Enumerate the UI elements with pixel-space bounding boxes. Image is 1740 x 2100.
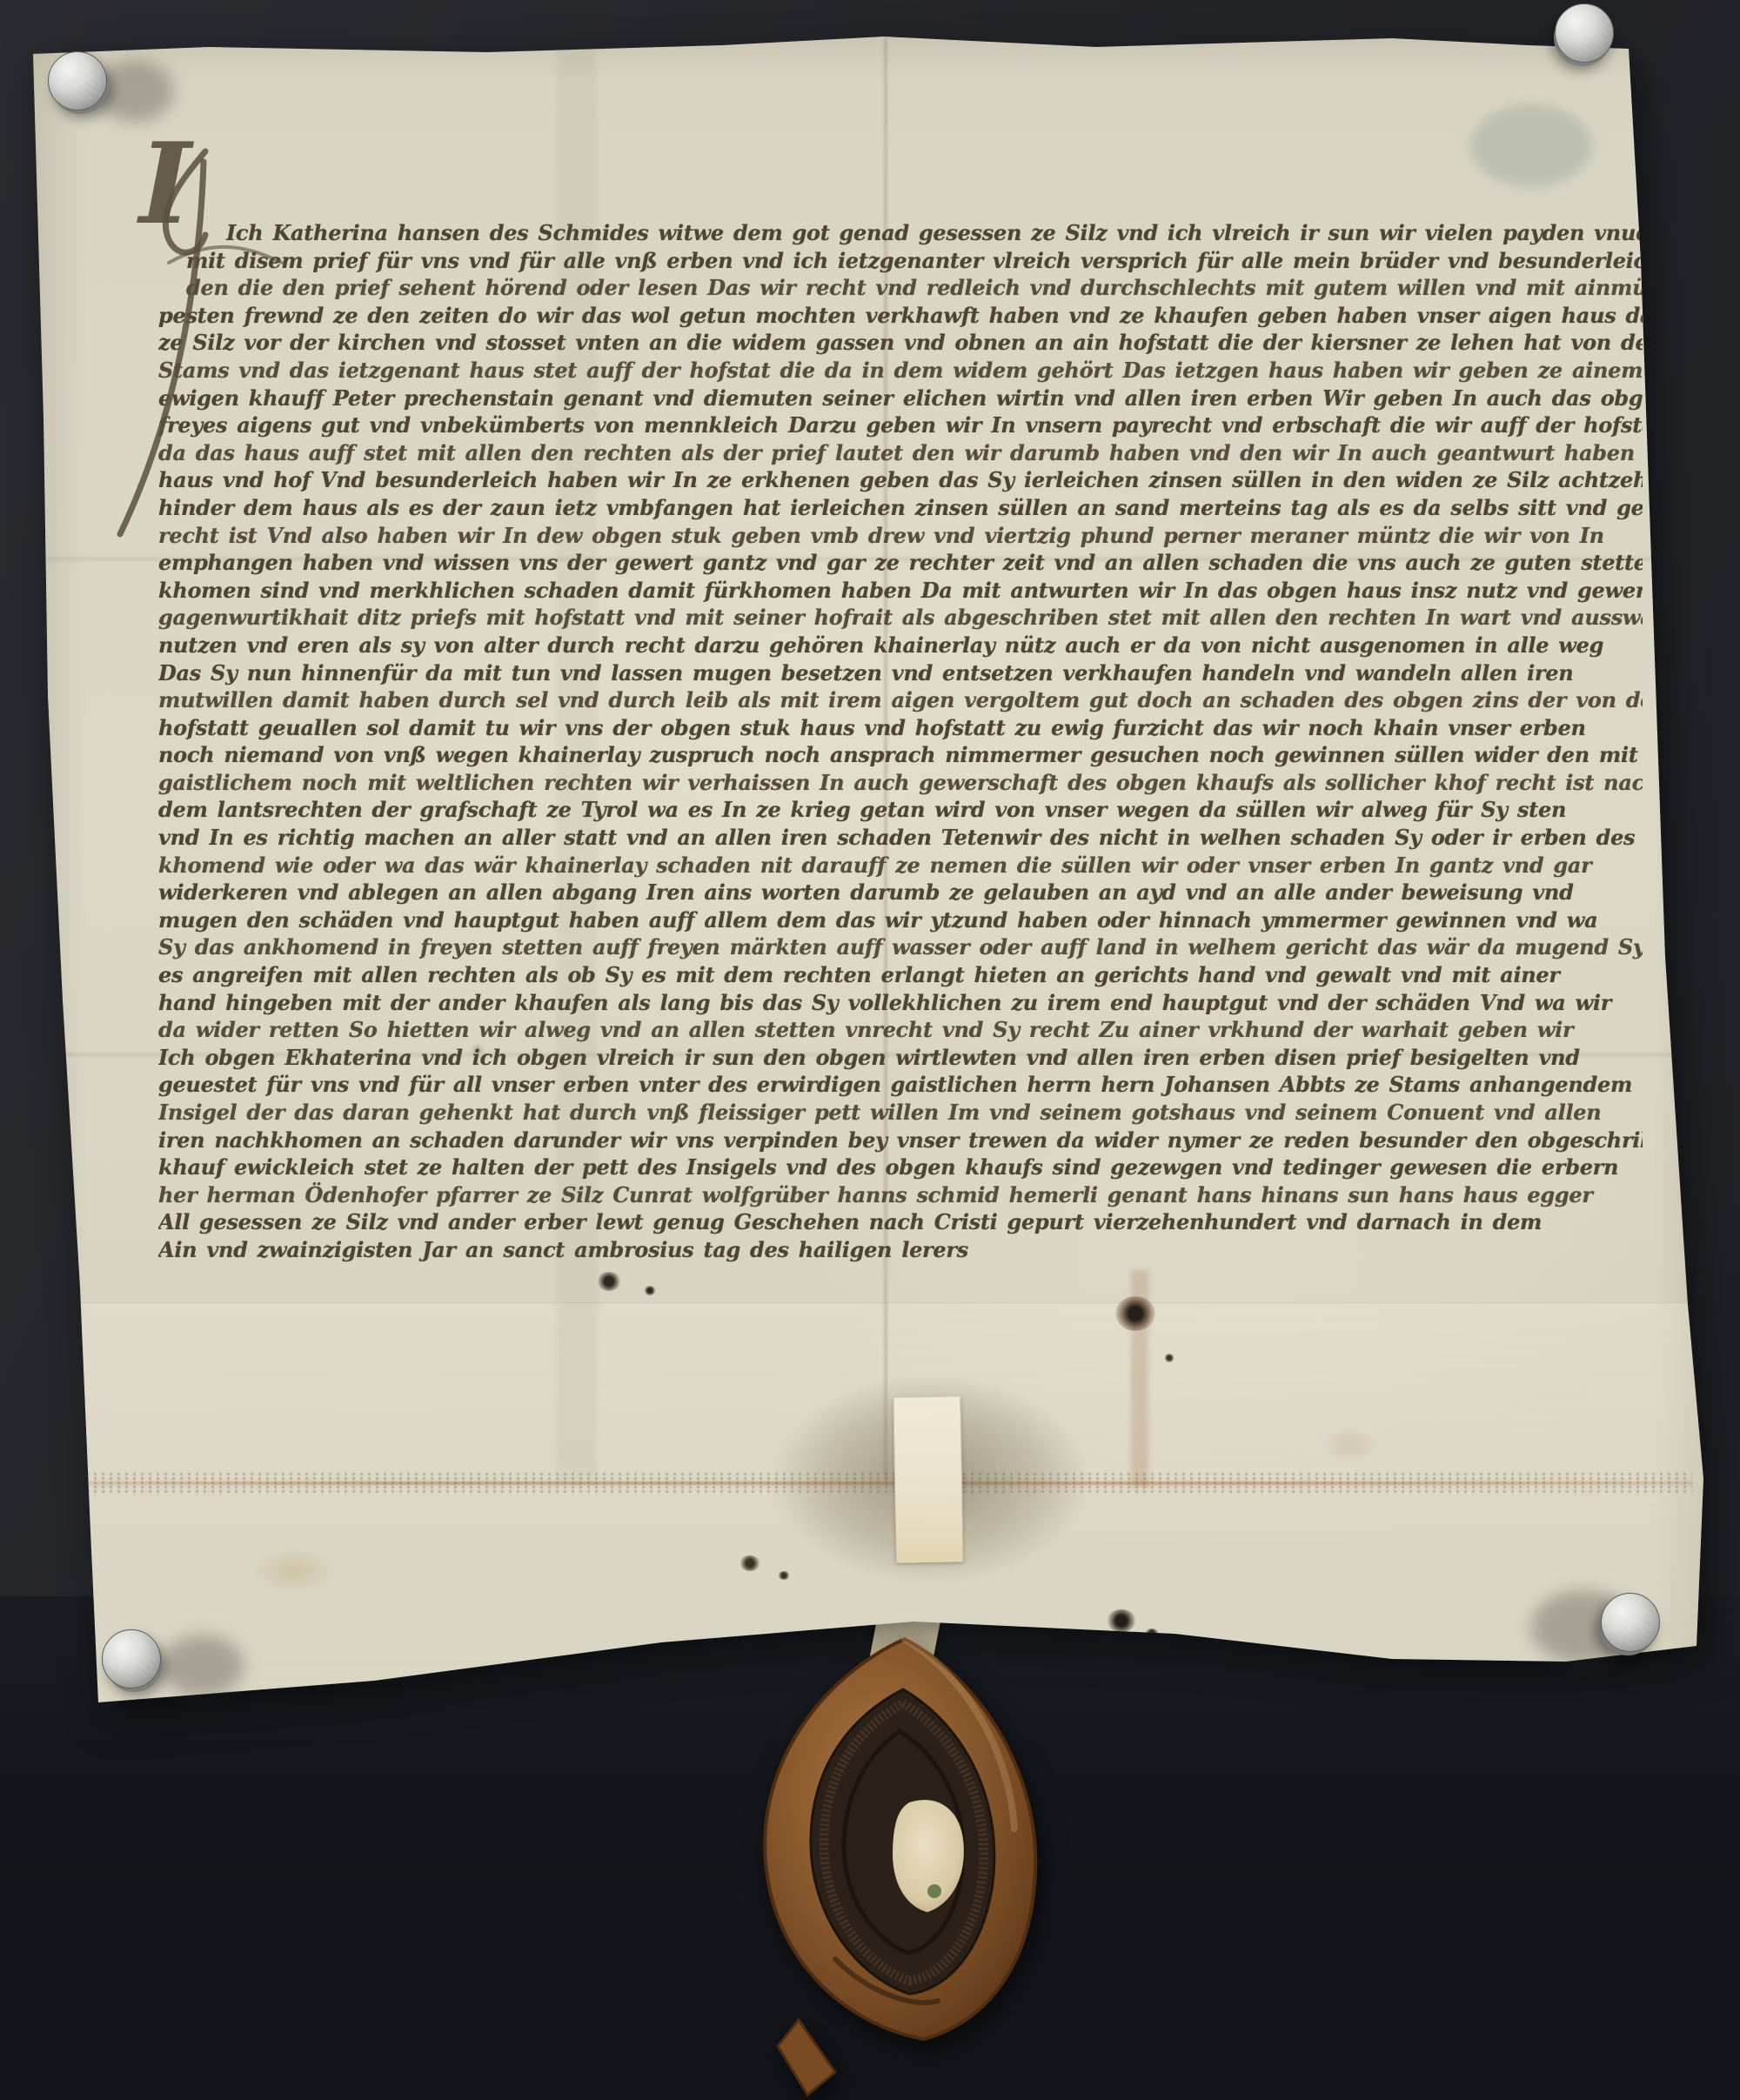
metal-pin-bottom-right bbox=[1601, 1593, 1660, 1652]
manuscript-line: hofstatt geuallen sol damit tu wir vns d… bbox=[158, 714, 1643, 742]
pin-shadow bbox=[96, 61, 174, 122]
ink-stain bbox=[1115, 1296, 1155, 1331]
manuscript-line: Ich obgen Ekhaterina vnd ich obgen vlrei… bbox=[158, 1044, 1643, 1072]
ink-stain bbox=[739, 1555, 760, 1571]
seal-tail bbox=[778, 2020, 835, 2095]
manuscript-line: Ain vnd zwainzigisten Jar an sanct ambro… bbox=[158, 1236, 1643, 1264]
manuscript-line: Ich Katherina hansen des Schmides witwe … bbox=[158, 219, 1643, 247]
ink-stain bbox=[1107, 1609, 1136, 1632]
yellow-stain bbox=[252, 1548, 335, 1594]
manuscript-text-block: Ich Katherina hansen des Schmides witwe … bbox=[158, 219, 1643, 1289]
manuscript-line: Sy das ankhomend in freyen stetten auff … bbox=[158, 933, 1643, 961]
manuscript-line: gaistlichem noch mit weltlichen rechten … bbox=[158, 769, 1643, 797]
manuscript-line: iren nachkhomen an schaden darunder wir … bbox=[158, 1127, 1643, 1154]
manuscript-line: her herman Ödenhofer pfarrer ze Silz Cun… bbox=[158, 1181, 1643, 1209]
initial-flourish bbox=[103, 132, 285, 550]
manuscript-line: da wider retten So hietten wir alweg vnd… bbox=[158, 1016, 1643, 1044]
manuscript-line: den die den prief sehent hörend oder les… bbox=[158, 274, 1643, 302]
manuscript-line: da das haus auff stet mit allen den rech… bbox=[158, 439, 1643, 467]
manuscript-line: recht ist Vnd also haben wir In dew obge… bbox=[158, 522, 1643, 550]
wax-seal bbox=[705, 1585, 1070, 2100]
manuscript-line: emphangen haben vnd wissen vns der gewer… bbox=[158, 549, 1643, 577]
ink-stain bbox=[1164, 1354, 1174, 1362]
manuscript-line: mit disem prief für vns vnd für alle vnß… bbox=[158, 247, 1643, 275]
manuscript-line: All gesessen ze Silz vnd ander erber lew… bbox=[158, 1208, 1643, 1236]
pin-shadow bbox=[161, 1635, 244, 1696]
manuscript-line: mutwillen damit haben durch sel vnd durc… bbox=[158, 686, 1643, 714]
manuscript-line: widerkeren vnd ablegen an allen abgang I… bbox=[158, 879, 1643, 906]
manuscript-line: pesten frewnd ze den zeiten do wir das w… bbox=[158, 302, 1643, 330]
manuscript-line: ewigen khauff Peter prechenstain genant … bbox=[158, 385, 1643, 412]
metal-pin-top-right bbox=[1555, 3, 1614, 63]
manuscript-line: hand hingeben mit der ander khaufen als … bbox=[158, 989, 1643, 1017]
green-accretion bbox=[927, 1884, 941, 1898]
manuscript-line: khauf ewickleich stet ze halten der pett… bbox=[158, 1154, 1643, 1181]
yellow-stain bbox=[1322, 1427, 1378, 1463]
manuscript-line: vnd In es richtig machen an aller statt … bbox=[158, 824, 1643, 852]
manuscript-line: haus vnd hof Vnd besunderleich haben wir… bbox=[158, 466, 1643, 494]
metal-pin-top-left bbox=[48, 51, 107, 110]
manuscript-line: Das Sy nun hinnenfür da mit tun vnd lass… bbox=[158, 659, 1643, 687]
manuscript-line: noch niemand von vnß wegen khainerlay zu… bbox=[158, 741, 1643, 769]
manuscript-line: gagenwurtikhait ditz priefs mit hofstatt… bbox=[158, 604, 1643, 632]
manuscript-line: mugen den schäden vnd hauptgut haben auf… bbox=[158, 906, 1643, 934]
manuscript-line: freyes aigens gut vnd vnbekümberts von m… bbox=[158, 411, 1643, 439]
manuscript-line: ze Silz vor der kirchen vnd stosset vnte… bbox=[158, 329, 1643, 357]
manuscript-line: hinder dem haus als es der zaun ietz vmb… bbox=[158, 494, 1643, 522]
metal-pin-bottom-left bbox=[102, 1629, 161, 1689]
bluegreen-smudge bbox=[1470, 104, 1592, 187]
archival-photograph: Ich Katherina hansen des Schmides witwe … bbox=[0, 0, 1740, 2100]
manuscript-line: Insigel der das daran gehenkt hat durch … bbox=[158, 1099, 1643, 1127]
manuscript-line: nutzen vnd eren als sy von alter durch r… bbox=[158, 632, 1643, 659]
seal-tag-through-slit bbox=[893, 1396, 963, 1562]
manuscript-line: geuestet für vns vnd für all vnser erben… bbox=[158, 1071, 1643, 1099]
manuscript-line: Stams vnd das ietzgenant haus stet auff … bbox=[158, 357, 1643, 385]
ink-stain bbox=[1145, 1629, 1159, 1639]
manuscript-line: es angreifen mit allen rechten als ob Sy… bbox=[158, 961, 1643, 989]
manuscript-line: khomend wie oder wa das wär khainerlay s… bbox=[158, 852, 1643, 879]
manuscript-line: dem lantsrechten der grafschaft ze Tyrol… bbox=[158, 796, 1643, 824]
manuscript-line: khomen sind vnd merkhlichen schaden dami… bbox=[158, 577, 1643, 605]
